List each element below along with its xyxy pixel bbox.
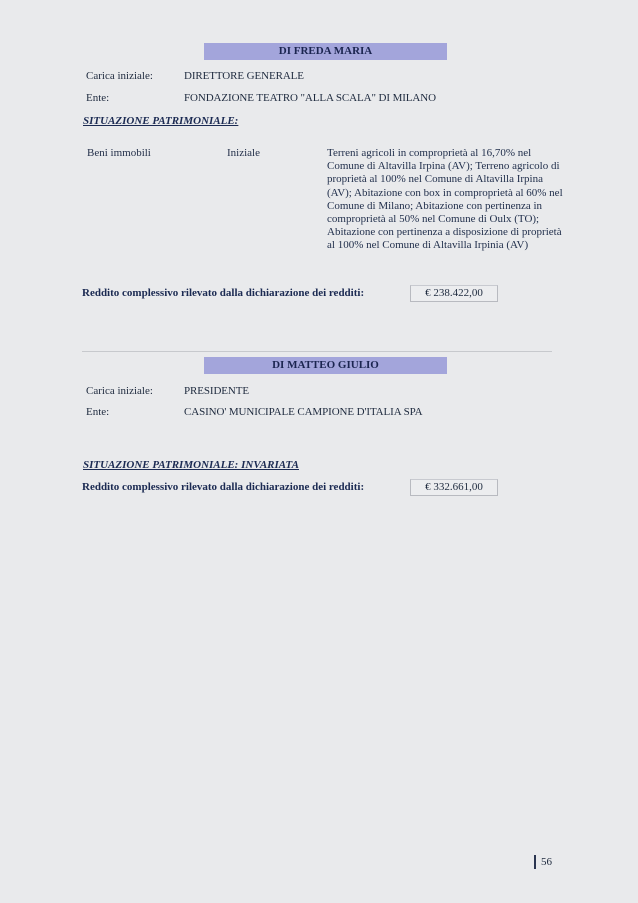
situazione-patrimoniale-title: SITUAZIONE PATRIMONIALE: INVARIATA xyxy=(83,459,299,471)
asset-description: Terreni agricoli in comproprietà al 16,7… xyxy=(327,147,563,253)
asset-status: Iniziale xyxy=(227,147,260,159)
situazione-patrimoniale-title: SITUAZIONE PATRIMONIALE: xyxy=(83,115,238,127)
carica-label: Carica iniziale: xyxy=(86,70,184,82)
carica-label: Carica iniziale: xyxy=(86,385,184,397)
income-value-box: € 332.661,00 xyxy=(410,479,498,496)
person-name-header: DI MATTEO GIULIO xyxy=(204,357,447,374)
carica-row: Carica iniziale:PRESIDENTE xyxy=(86,385,249,397)
ente-value: CASINO' MUNICIPALE CAMPIONE D'ITALIA SPA xyxy=(184,406,422,418)
ente-label: Ente: xyxy=(86,92,184,104)
person-name-header: DI FREDA MARIA xyxy=(204,43,447,60)
ente-value: FONDAZIONE TEATRO "ALLA SCALA" DI MILANO xyxy=(184,92,436,104)
income-label: Reddito complessivo rilevato dalla dichi… xyxy=(82,287,364,299)
page-number: 56 xyxy=(534,855,552,869)
ente-row: Ente:CASINO' MUNICIPALE CAMPIONE D'ITALI… xyxy=(86,406,422,418)
carica-value: PRESIDENTE xyxy=(184,385,249,397)
income-value-box: € 238.422,00 xyxy=(410,285,498,302)
ente-label: Ente: xyxy=(86,406,184,418)
carica-value: DIRETTORE GENERALE xyxy=(184,70,304,82)
ente-row: Ente:FONDAZIONE TEATRO "ALLA SCALA" DI M… xyxy=(86,92,436,104)
asset-type: Beni immobili xyxy=(87,147,151,159)
carica-row: Carica iniziale:DIRETTORE GENERALE xyxy=(86,70,304,82)
section-divider xyxy=(82,351,552,352)
document-page: DI FREDA MARIA Carica iniziale:DIRETTORE… xyxy=(0,0,638,903)
income-label: Reddito complessivo rilevato dalla dichi… xyxy=(82,481,364,493)
